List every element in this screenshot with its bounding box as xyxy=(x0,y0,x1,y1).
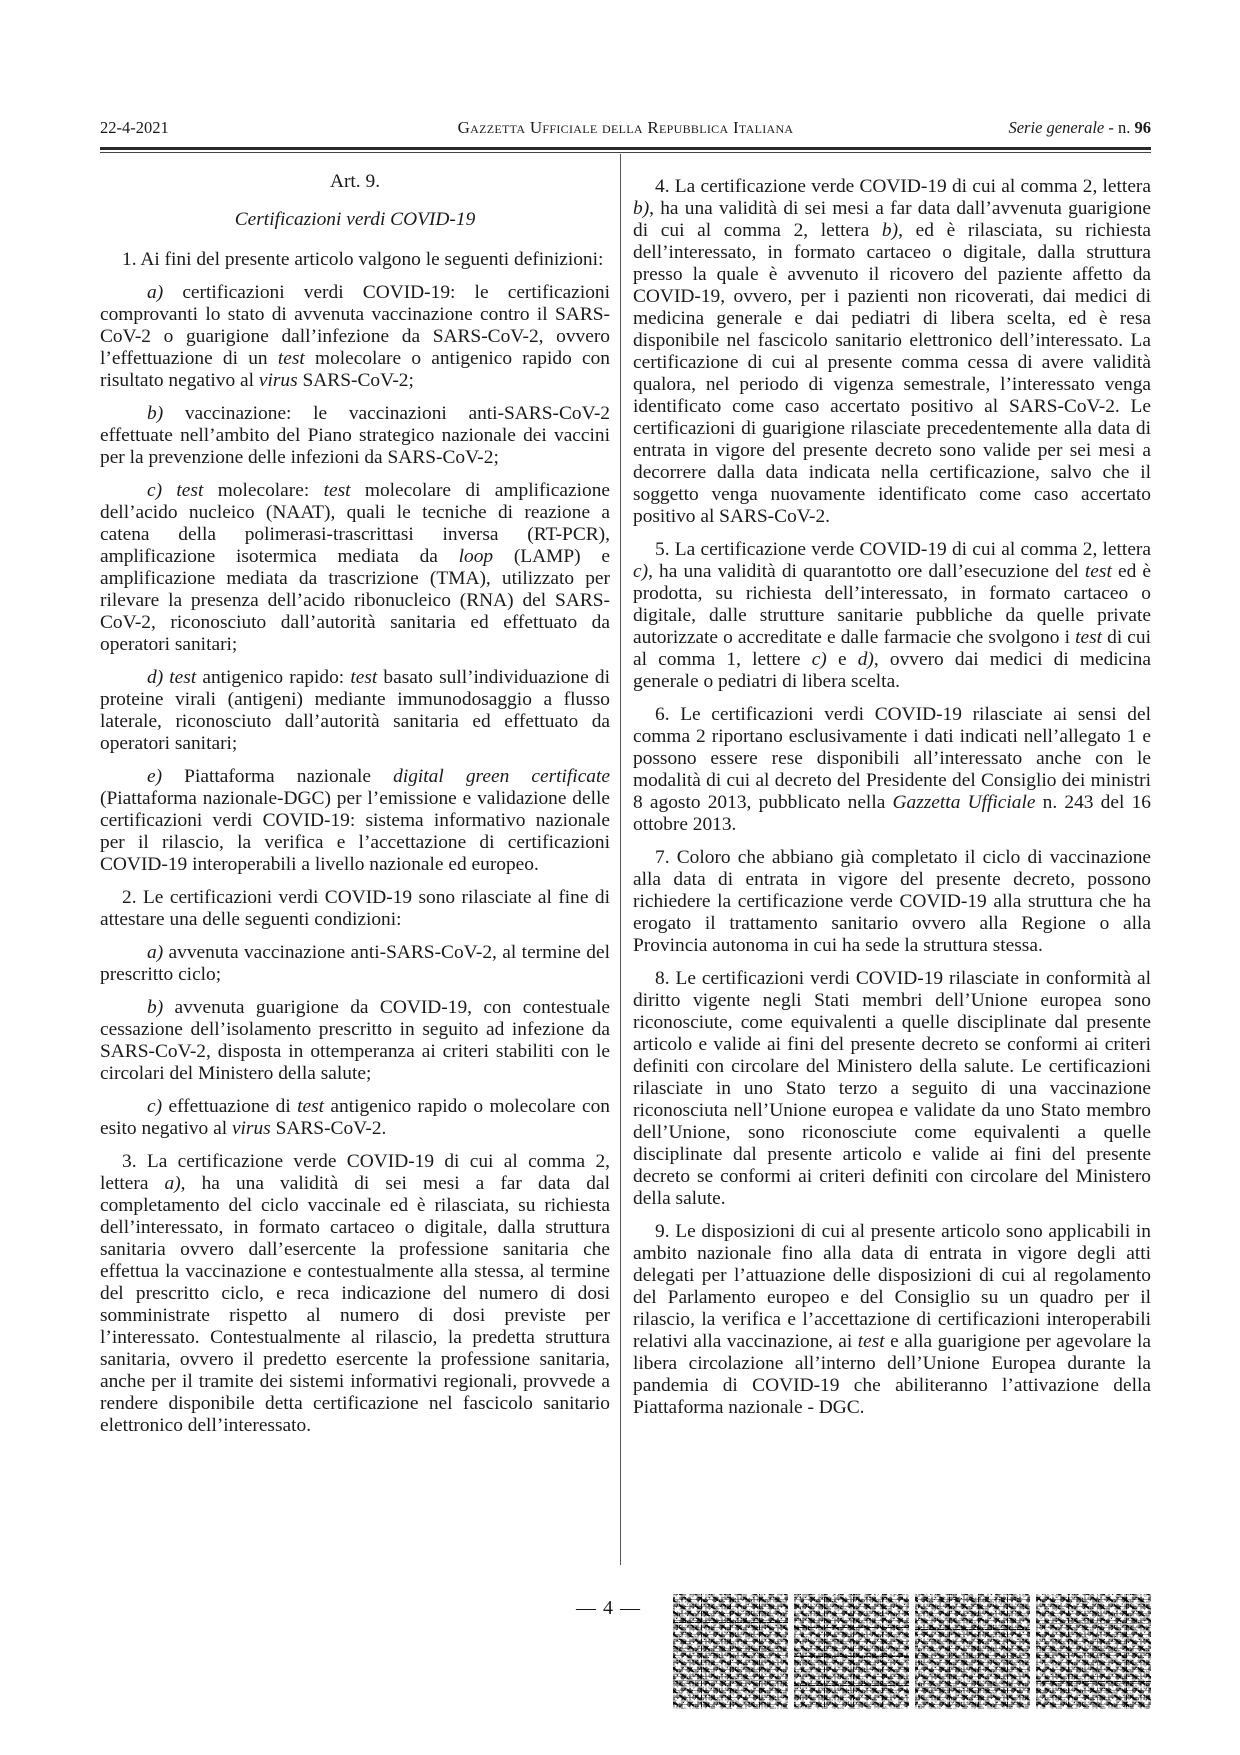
series-info: Serie generale - n. 96 xyxy=(1008,118,1151,138)
paragraph-6: 6. Le certificazioni verdi COVID-19 rila… xyxy=(633,704,1151,836)
article-title: Certificazioni verdi COVID-19 xyxy=(100,209,610,231)
paragraph-4: 4. La certificazione verde COVID-19 di c… xyxy=(633,176,1151,528)
paragraph-7: 7. Coloro che abbiano già completato il … xyxy=(633,847,1151,957)
datamatrix-code-icon xyxy=(1036,1594,1151,1709)
paragraph-8: 8. Le certificazioni verdi COVID-19 rila… xyxy=(633,968,1151,1210)
right-column: 4. La certificazione verde COVID-19 di c… xyxy=(633,176,1151,1430)
datamatrix-code-icon xyxy=(915,1594,1030,1709)
paragraph-3: 3. La certificazione verde COVID-19 di c… xyxy=(100,1151,610,1437)
datamatrix-code-icon xyxy=(794,1594,909,1709)
series-separator: - n. xyxy=(1104,118,1134,137)
page-header: 22-4-2021 Gazzetta Ufficiale della Repub… xyxy=(100,118,1151,142)
datamatrix-codes xyxy=(673,1594,1151,1709)
paragraph-1e: e) Piattaforma nazionale digital green c… xyxy=(100,766,610,876)
paragraph-1c: c) test molecolare: test molecolare di a… xyxy=(100,480,610,656)
series-label: Serie generale xyxy=(1008,118,1104,137)
paragraph-2: 2. Le certificazioni verdi COVID-19 sono… xyxy=(100,887,610,931)
page-number: — 4 — xyxy=(576,1597,641,1620)
paragraph-1d: d) test antigenico rapido: test basato s… xyxy=(100,667,610,755)
paragraph-1: 1. Ai fini del presente articolo valgono… xyxy=(100,249,610,271)
paragraph-5: 5. La certificazione verde COVID-19 di c… xyxy=(633,539,1151,693)
column-divider xyxy=(620,154,621,1565)
left-column: Art. 9. Certificazioni verdi COVID-19 1.… xyxy=(100,171,610,1448)
paragraph-2b: b) avvenuta guarigione da COVID-19, con … xyxy=(100,997,610,1085)
datamatrix-code-icon xyxy=(673,1594,788,1709)
paragraph-1a: a) certificazioni verdi COVID-19: le cer… xyxy=(100,282,610,392)
paragraph-2c: c) effettuazione di test antigenico rapi… xyxy=(100,1096,610,1140)
header-rule-thin xyxy=(100,152,1151,153)
issue-number: 96 xyxy=(1135,118,1152,137)
paragraph-1b: b) vaccinazione: le vaccinazioni anti-SA… xyxy=(100,403,610,469)
article-number: Art. 9. xyxy=(100,171,610,193)
publication-title: Gazzetta Ufficiale della Repubblica Ital… xyxy=(100,118,1151,138)
paragraph-9: 9. Le disposizioni di cui al presente ar… xyxy=(633,1221,1151,1419)
paragraph-2a: a) avvenuta vaccinazione anti-SARS-CoV-2… xyxy=(100,942,610,986)
header-rule-thick xyxy=(100,147,1151,150)
